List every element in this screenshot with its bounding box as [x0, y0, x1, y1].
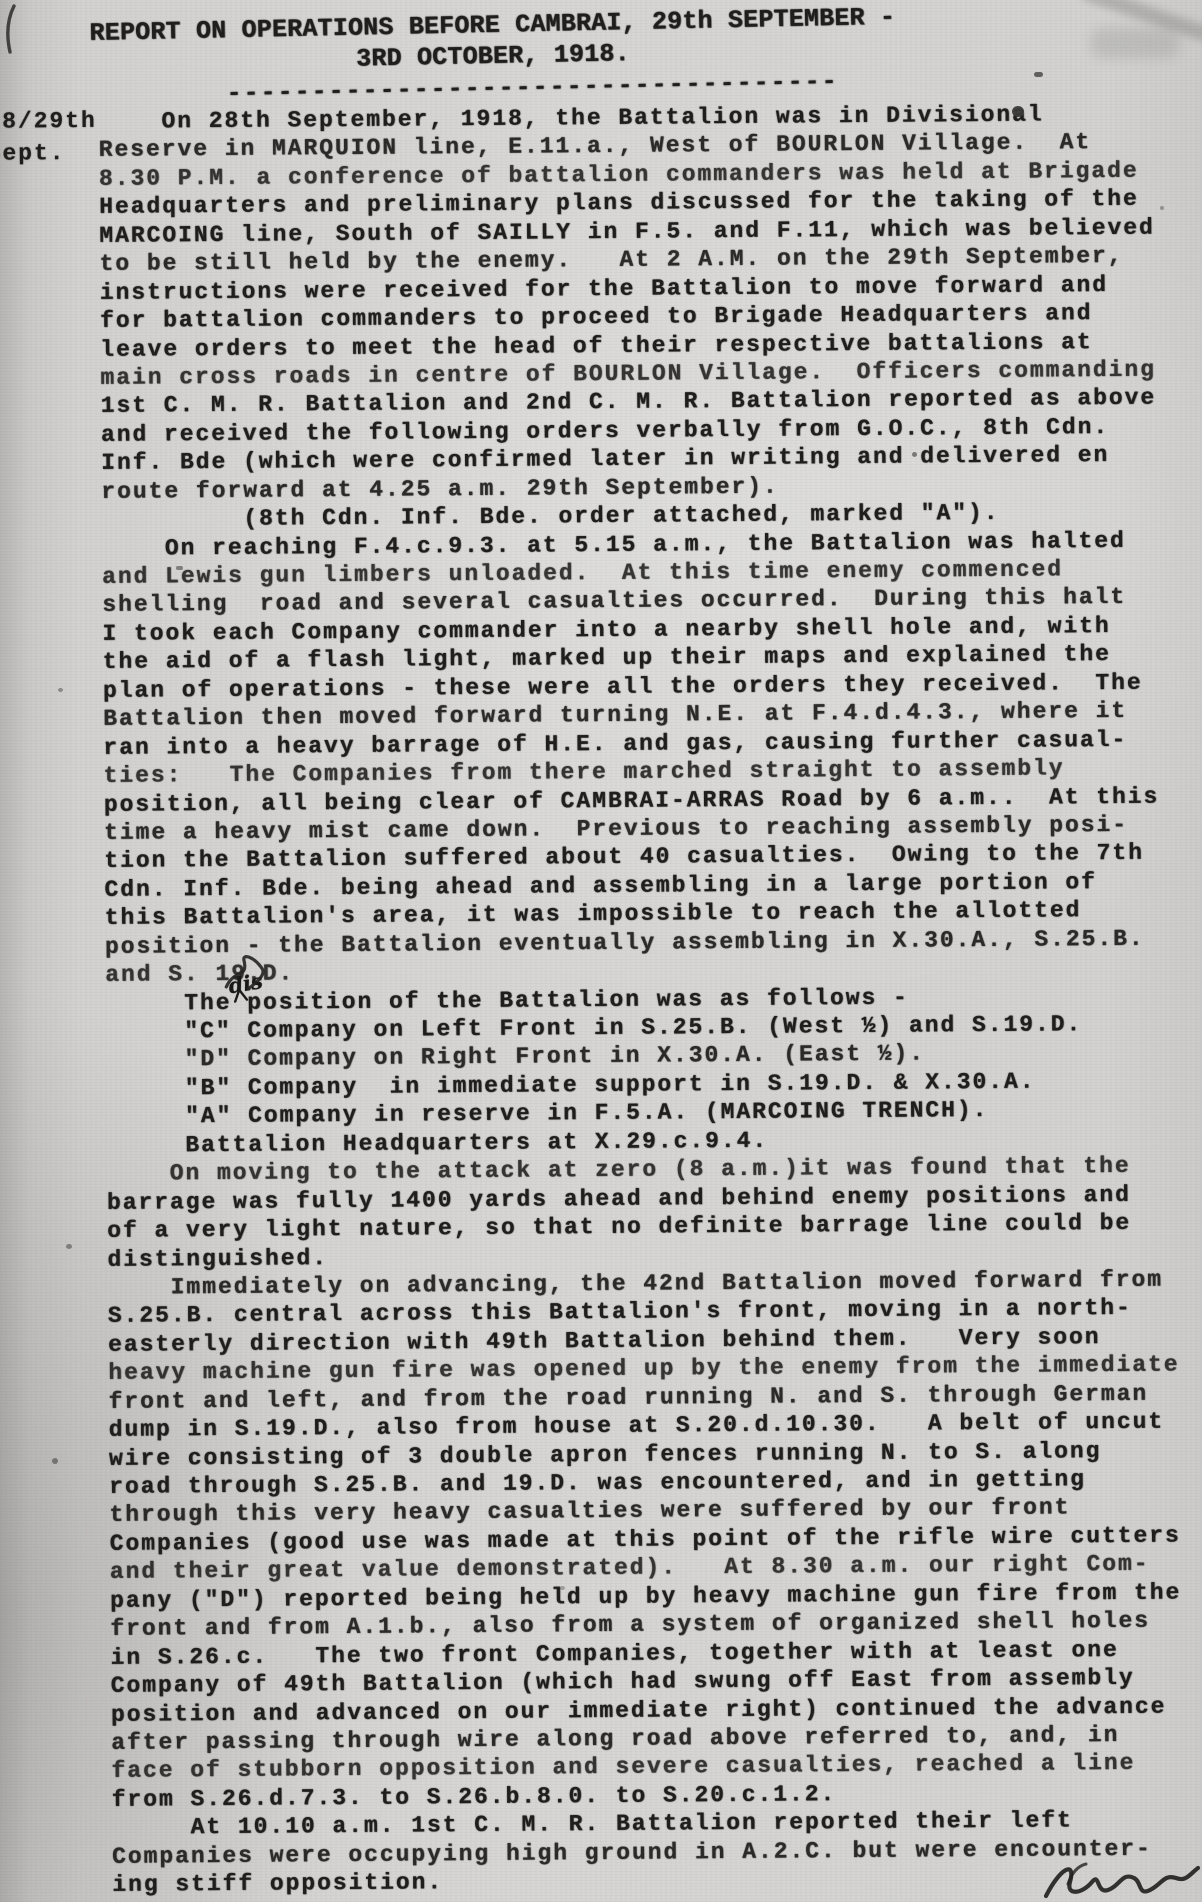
margin-month-note: Sept. — [0, 140, 66, 167]
document-page: REPORT ON OPERATIONS BEFORE CAMBRAI, 29t… — [0, 0, 1202, 1902]
insertion-caret-icon — [231, 987, 249, 1003]
scanned-sheet: REPORT ON OPERATIONS BEFORE CAMBRAI, 29t… — [0, 0, 1202, 1902]
report-body: On 28th September, 1918, the Battalion w… — [98, 99, 1202, 1899]
margin-date-note: 28/29th — [0, 108, 97, 135]
document-title-block: REPORT ON OPERATIONS BEFORE CAMBRAI, 29t… — [52, 2, 934, 111]
